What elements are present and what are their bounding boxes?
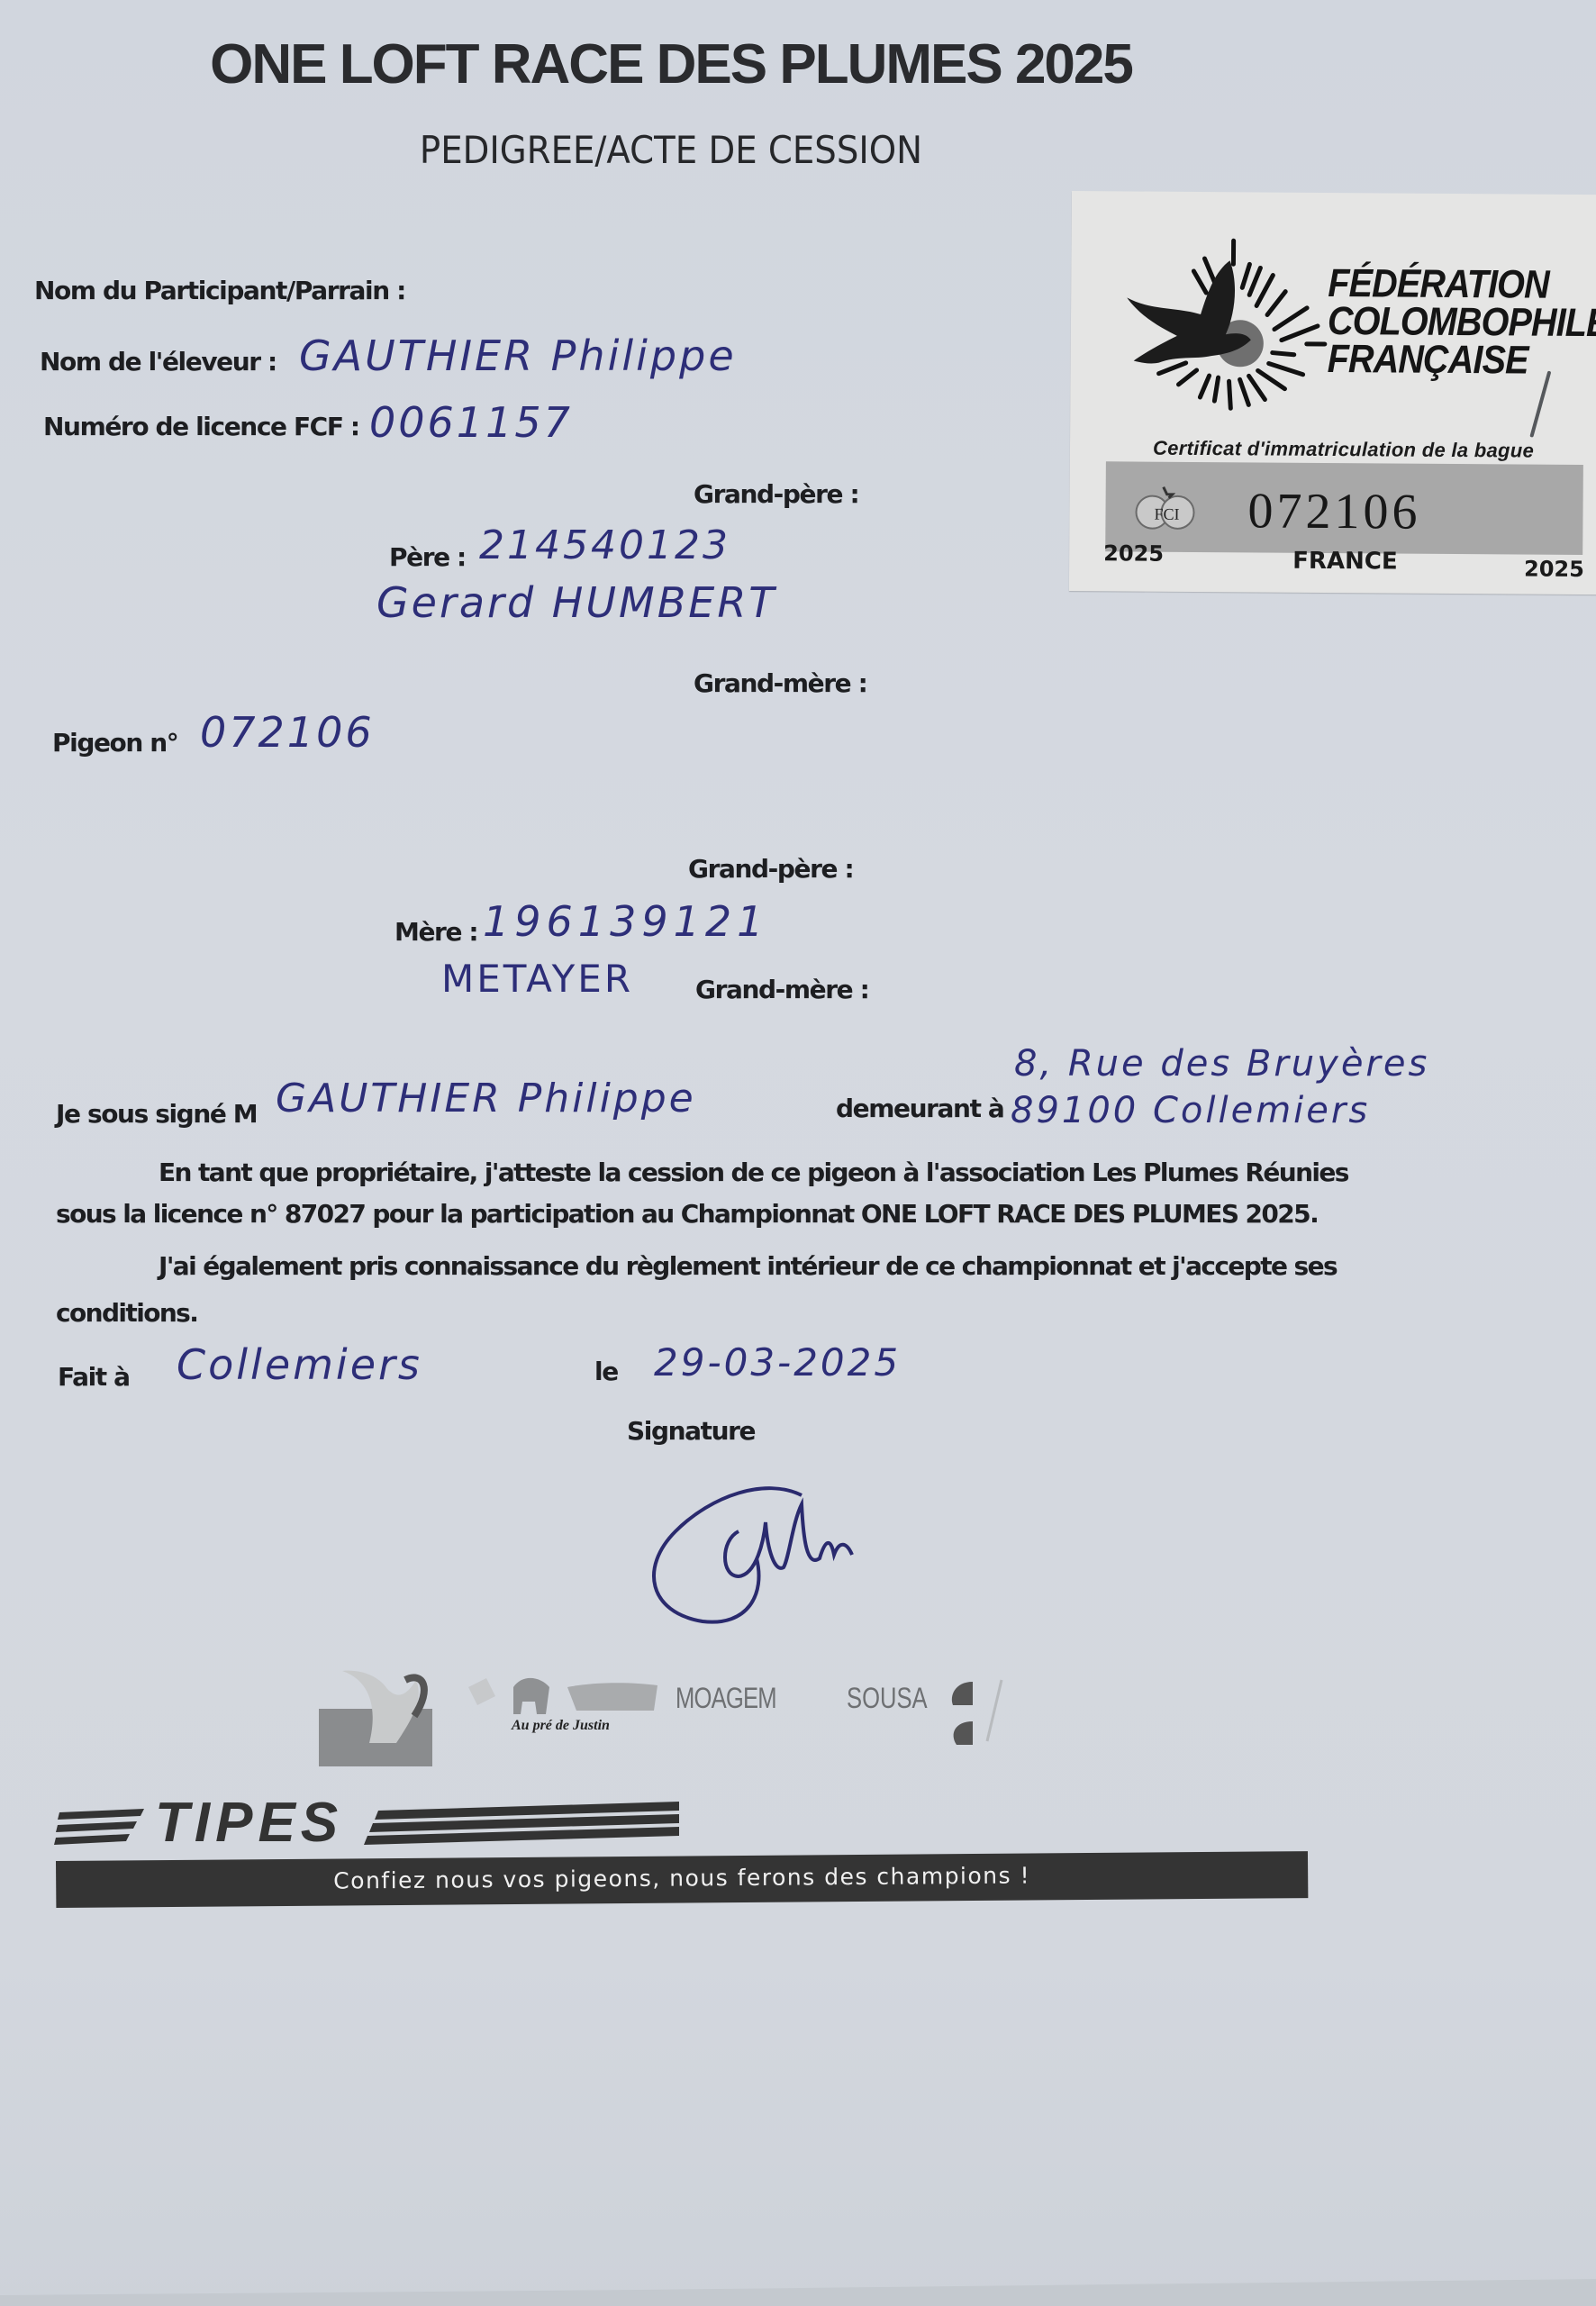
certificate-label: Certificat d'immatriculation de la bague (1153, 437, 1534, 463)
mother-label: Mère : (394, 917, 477, 947)
federation-name: FÉDÉRATION COLOMBOPHILE FRANÇAISE (1328, 265, 1596, 380)
place-value[interactable]: Collemiers (177, 1340, 422, 1389)
sousa-s-logo-icon (937, 1678, 1009, 1750)
residence-label: demeurant à (836, 1094, 1003, 1123)
sponsor-au-pre-de-justin: Au pré de Justin (512, 1718, 610, 1734)
breeder-value[interactable]: GAUTHIER Philippe (299, 331, 737, 380)
rooster-sponsor-logo-icon (315, 1662, 441, 1770)
signature-mark[interactable] (630, 1468, 883, 1630)
svg-text:FCI: FCI (1154, 505, 1179, 523)
father-label: Père : (389, 542, 466, 572)
dove-sunburst-logo-icon (1113, 227, 1330, 418)
signed-label: Je sous signé M (56, 1099, 257, 1129)
maternal-grandfather-label: Grand-père : (688, 854, 853, 884)
paternal-grandmother-label: Grand-mère : (694, 668, 866, 698)
place-label: Fait à (58, 1362, 130, 1392)
paternal-grandfather-label: Grand-père : (694, 479, 858, 509)
paper-bottom-edge (0, 2279, 1596, 2306)
document-title: ONE LOFT RACE DES PLUMES 2025 (0, 32, 1342, 96)
license-value[interactable]: 0061157 (369, 398, 573, 447)
sponsor-moagem: MOAGEM (676, 1682, 776, 1715)
address-line1[interactable]: 8, Rue des Bruyères (1014, 1043, 1429, 1085)
attestation-line1: En tant que propriétaire, j'atteste la c… (159, 1149, 1348, 1196)
date-value[interactable]: 29-03-2025 (654, 1340, 901, 1385)
ring-year-right: 2025 (1524, 557, 1584, 582)
sponsor-sousa: SOUSA (847, 1682, 928, 1715)
ring-number: 072106 (1247, 482, 1420, 540)
rules-line2: conditions. (56, 1290, 197, 1337)
slogan-banner: Confiez nous vos pigeons, nous ferons de… (56, 1851, 1308, 1908)
address-line2[interactable]: 89100 Collemiers (1011, 1090, 1370, 1131)
license-label: Numéro de licence FCF : (43, 412, 359, 441)
pigeon-number-value[interactable]: 072106 (200, 708, 375, 757)
horse-sponsor-logo-icon (450, 1669, 667, 1723)
breeder-label: Nom de l'éleveur : (40, 347, 277, 377)
slogan-text: Confiez nous vos pigeons, nous ferons de… (56, 1860, 1308, 1896)
mother-breeder-value[interactable]: METAYER (441, 957, 633, 1001)
maternal-grandmother-label: Grand-mère : (695, 975, 868, 1004)
pigeon-number-label: Pigeon n° (52, 728, 177, 758)
attestation-line2: sous la licence n° 87027 pour la partici… (56, 1191, 1318, 1238)
pen-stroke-mark (1529, 370, 1551, 437)
ring-year-left: 2025 (1103, 540, 1164, 566)
document-subtitle: PEDIGREE/ACTE DE CESSION (54, 128, 1289, 172)
fcf-ring-certificate: FÉDÉRATION COLOMBOPHILE FRANÇAISE Certif… (1069, 191, 1596, 595)
tipes-logo-icon: TIPES (54, 1791, 685, 1845)
rules-line1: J'ai également pris connaissance du règl… (159, 1243, 1337, 1290)
sponsor-logos: Au pré de Justin MOAGEM SOUSA (315, 1662, 1018, 1770)
participant-label: Nom du Participant/Parrain : (34, 276, 405, 305)
signed-value[interactable]: GAUTHIER Philippe (276, 1076, 696, 1121)
fci-globe-icon: FCI (1129, 481, 1201, 532)
signature-label: Signature (627, 1416, 755, 1446)
mother-ring-value[interactable]: 196139121 (483, 897, 768, 946)
ring-country: FRANCE (1292, 548, 1398, 576)
father-ring-value[interactable]: 214540123 (479, 522, 730, 568)
date-label: le (594, 1357, 618, 1386)
father-breeder-value[interactable]: Gerard HUMBERT (376, 578, 776, 627)
svg-text:TIPES: TIPES (155, 1792, 343, 1845)
